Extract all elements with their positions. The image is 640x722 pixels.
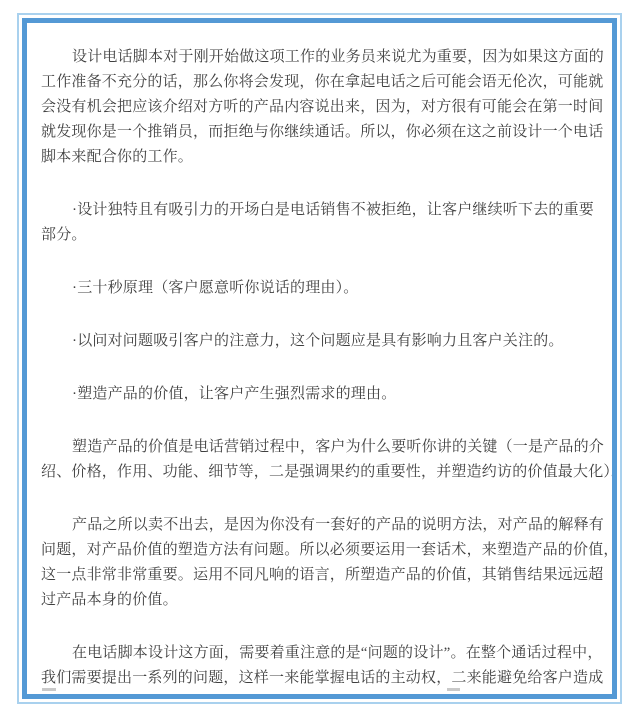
text-line: 脚本来配合你的工作。 [41,145,602,170]
paragraph: 在电话脚本设计这方面，需要着重注意的是“问题的设计”。在整个通话过程中，我们需要… [41,641,602,691]
text-line: 过产品本身的价值。 [41,588,602,613]
cut-off-text-fragment [42,688,56,691]
text-line: 我们需要提出一系列的问题，这样一来能掌握电话的主动权，二来能避免给客户造成 [41,666,602,691]
bullet-paragraph: ·塑造产品的价值，让客户产生强烈需求的理由。 [41,382,602,407]
cut-off-text-fragment [447,688,460,691]
text-line: 这一点非常非常重要。运用不同凡响的语言，所塑造产品的价值，其销售结果远远超 [41,563,602,588]
paragraph: 设计电话脚本对于刚开始做这项工作的业务员来说尤为重要，因为如果这方面的工作准备不… [41,45,602,170]
paragraph: 塑造产品的价值是电话营销过程中，客户为什么要听你讲的关键（一是产品的介绍、价格，… [41,435,602,485]
page: 设计电话脚本对于刚开始做这项工作的业务员来说尤为重要，因为如果这方面的工作准备不… [0,0,640,722]
bullet-paragraph: ·以问对问题吸引客户的注意力，这个问题应是具有影响力且客户关注的。 [41,329,602,354]
text-line: 产品之所以卖不出去，是因为你没有一套好的产品的说明方法，对产品的解释有 [41,513,602,538]
text-line: ·设计独特且有吸引力的开场白是电话销售不被拒绝，让客户继续听下去的重要 [41,198,602,223]
text-line: 设计电话脚本对于刚开始做这项工作的业务员来说尤为重要，因为如果这方面的 [41,45,602,70]
bullet-paragraph: ·设计独特且有吸引力的开场白是电话销售不被拒绝，让客户继续听下去的重要部分。 [41,198,602,248]
document-inner-frame: 设计电话脚本对于刚开始做这项工作的业务员来说尤为重要，因为如果这方面的工作准备不… [22,18,617,699]
text-line: 塑造产品的价值是电话营销过程中，客户为什么要听你讲的关键（一是产品的介 [41,435,602,460]
text-line: 工作准备不充分的话，那么你将会发现，你在拿起电话之后可能会语无伦次，可能就 [41,70,602,95]
text-line: 问题，对产品价值的塑造方法有问题。所以必须要运用一套话术，来塑造产品的价值， [41,538,602,563]
paragraph: 产品之所以卖不出去，是因为你没有一套好的产品的说明方法，对产品的解释有问题，对产… [41,513,602,613]
text-line: 在电话脚本设计这方面，需要着重注意的是“问题的设计”。在整个通话过程中， [41,641,602,666]
text-line: ·以问对问题吸引客户的注意力，这个问题应是具有影响力且客户关注的。 [41,329,602,354]
text-line: 会没有机会把应该介绍对方听的产品内容说出来，因为，对方很有可能会在第一时间 [41,95,602,120]
document-outer-frame: 设计电话脚本对于刚开始做这项工作的业务员来说尤为重要，因为如果这方面的工作准备不… [17,13,622,704]
text-line: ·三十秒原理（客户愿意听你说话的理由）。 [41,276,602,301]
text-line: ·塑造产品的价值，让客户产生强烈需求的理由。 [41,382,602,407]
text-line: 绍、价格，作用、功能、细节等，二是强调果约的重要性，并塑造约访的价值最大化）。 [41,460,602,485]
document-content: 设计电话脚本对于刚开始做这项工作的业务员来说尤为重要，因为如果这方面的工作准备不… [27,23,612,694]
text-line: 部分。 [41,223,602,248]
text-line: 就发现你是一个推销员，而拒绝与你继续通话。所以，你必须在这之前设计一个电话 [41,120,602,145]
bullet-paragraph: ·三十秒原理（客户愿意听你说话的理由）。 [41,276,602,301]
